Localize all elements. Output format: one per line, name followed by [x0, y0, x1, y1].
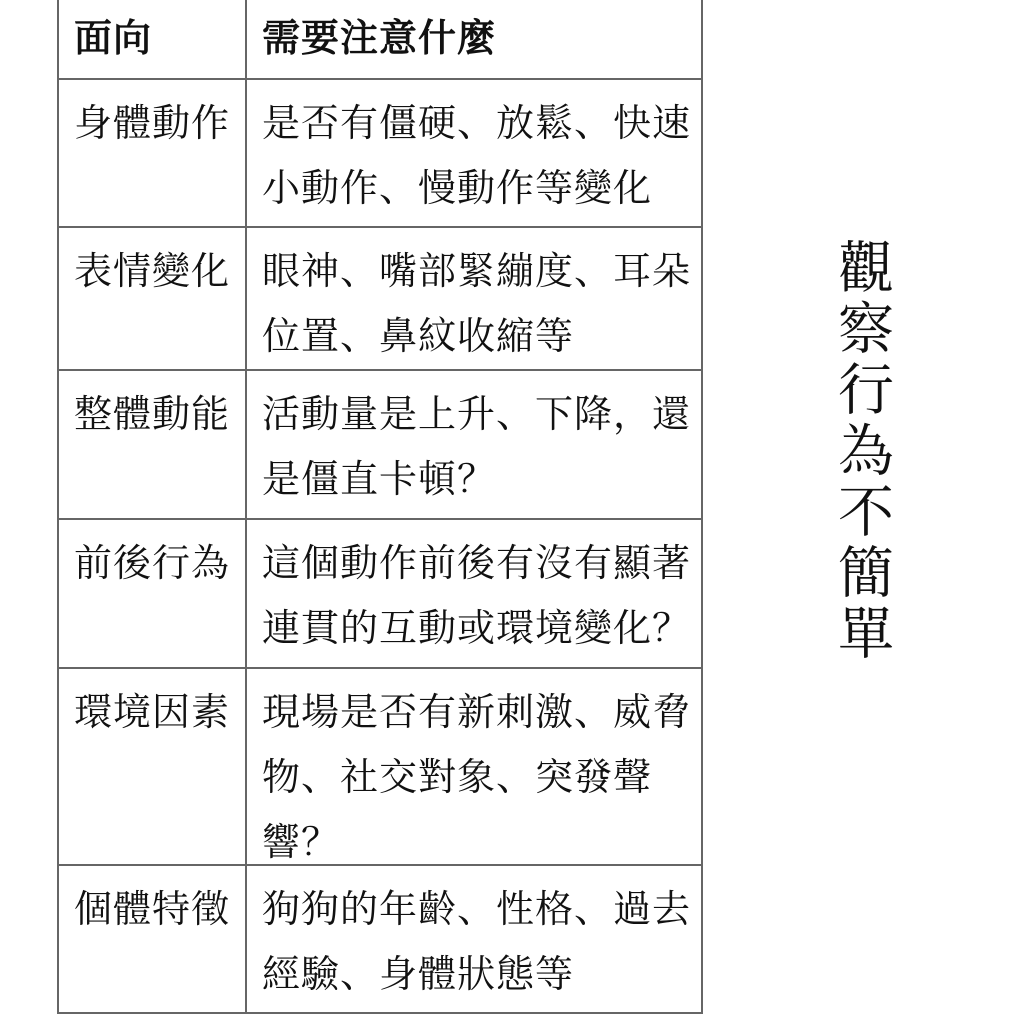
note-cell: 狗狗的年齡、性格、過去經驗、身體狀態等 [247, 866, 701, 1012]
header-cell-aspect: 面向 [59, 0, 247, 78]
table-row: 個體特徵 狗狗的年齡、性格、過去經驗、身體狀態等 [59, 866, 701, 1014]
note-cell: 這個動作前後有沒有顯著連貫的互動或環境變化？ [247, 520, 701, 667]
page: 面向 需要注意什麼 身體動作 是否有僵硬、放鬆、快速小動作、慢動作等變化 表情變… [0, 0, 1024, 1024]
note-cell: 是否有僵硬、放鬆、快速小動作、慢動作等變化 [247, 80, 701, 226]
table-row: 環境因素 現場是否有新刺激、威脅物、社交對象、突發聲響？ [59, 669, 701, 866]
header-cell-note: 需要注意什麼 [247, 0, 701, 78]
note-cell: 現場是否有新刺激、威脅物、社交對象、突發聲響？ [247, 669, 701, 864]
observation-table: 面向 需要注意什麼 身體動作 是否有僵硬、放鬆、快速小動作、慢動作等變化 表情變… [57, 0, 703, 1014]
table-row: 表情變化 眼神、嘴部緊繃度、耳朵位置、鼻紋收縮等 [59, 228, 701, 371]
aspect-cell: 環境因素 [59, 669, 247, 864]
table-row: 整體動能 活動量是上升、下降，還是僵直卡頓？ [59, 371, 701, 520]
note-cell: 眼神、嘴部緊繃度、耳朵位置、鼻紋收縮等 [247, 228, 701, 369]
aspect-cell: 身體動作 [59, 80, 247, 226]
table-row: 前後行為 這個動作前後有沒有顯著連貫的互動或環境變化？ [59, 520, 701, 669]
aspect-cell: 前後行為 [59, 520, 247, 667]
aspect-cell: 個體特徵 [59, 866, 247, 1012]
aspect-cell: 表情變化 [59, 228, 247, 369]
aspect-cell: 整體動能 [59, 371, 247, 518]
note-cell: 活動量是上升、下降，還是僵直卡頓？ [247, 371, 701, 518]
table-row: 身體動作 是否有僵硬、放鬆、快速小動作、慢動作等變化 [59, 80, 701, 228]
vertical-caption: 觀察行為不簡單 [822, 238, 902, 665]
table-header-row: 面向 需要注意什麼 [59, 0, 701, 80]
